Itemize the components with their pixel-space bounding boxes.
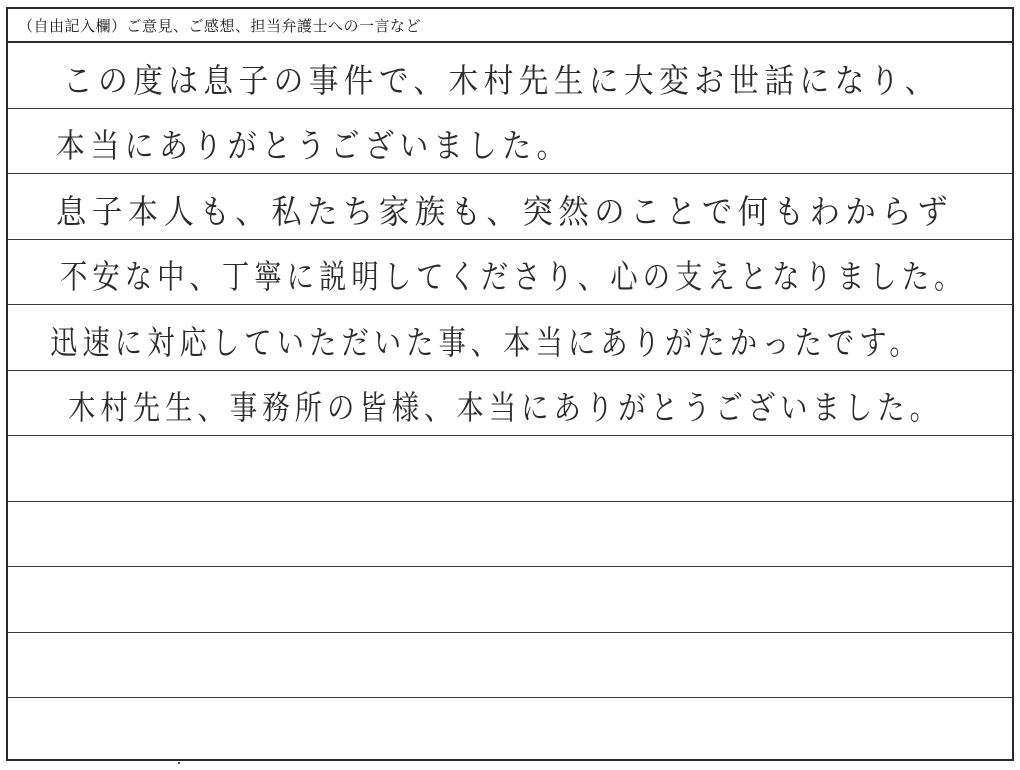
ruled-line-11 [8,698,1012,761]
ruled-line-1: この度は息子の事件で、木村先生に大変お世話になり、 [8,43,1012,109]
ruled-line-5: 迅速に対応していただいた事、本当にありがたかったです。 [8,305,1012,371]
form-header: （自由記入欄）ご意見、ご感想、担当弁護士への一言など [8,9,1012,43]
ruled-line-3: 息子本人も、私たち家族も、突然のことで何もわからず [8,174,1012,240]
ruled-line-7 [8,436,1012,502]
scan-speck [178,762,180,764]
ruled-line-9 [8,567,1012,633]
handwritten-text: 不安な中、丁寧に説明してくださり、心の支えとなりました。 [60,251,966,298]
free-comment-form: （自由記入欄）ご意見、ご感想、担当弁護士への一言など この度は息子の事件で、木村… [6,7,1014,761]
handwritten-text: 本当にありがとうございました。 [56,120,571,167]
ruled-lines: この度は息子の事件で、木村先生に大変お世話になり、 本当にありがとうございました… [8,43,1012,759]
ruled-line-10 [8,633,1012,699]
ruled-line-2: 本当にありがとうございました。 [8,109,1012,175]
ruled-line-6: 木村先生、事務所の皆様、本当にありがとうございました。 [8,371,1012,437]
handwritten-text: 迅速に対応していただいた事、本当にありがたかったです。 [50,317,922,364]
handwritten-text: 息子本人も、私たち家族も、突然のことで何もわからず [56,186,953,233]
ruled-line-4: 不安な中、丁寧に説明してくださり、心の支えとなりました。 [8,240,1012,306]
handwritten-text: この度は息子の事件で、木村先生に大変お世話になり、 [63,55,940,102]
ruled-line-8 [8,502,1012,568]
handwritten-text: 木村先生、事務所の皆様、本当にありがとうございました。 [68,382,942,429]
